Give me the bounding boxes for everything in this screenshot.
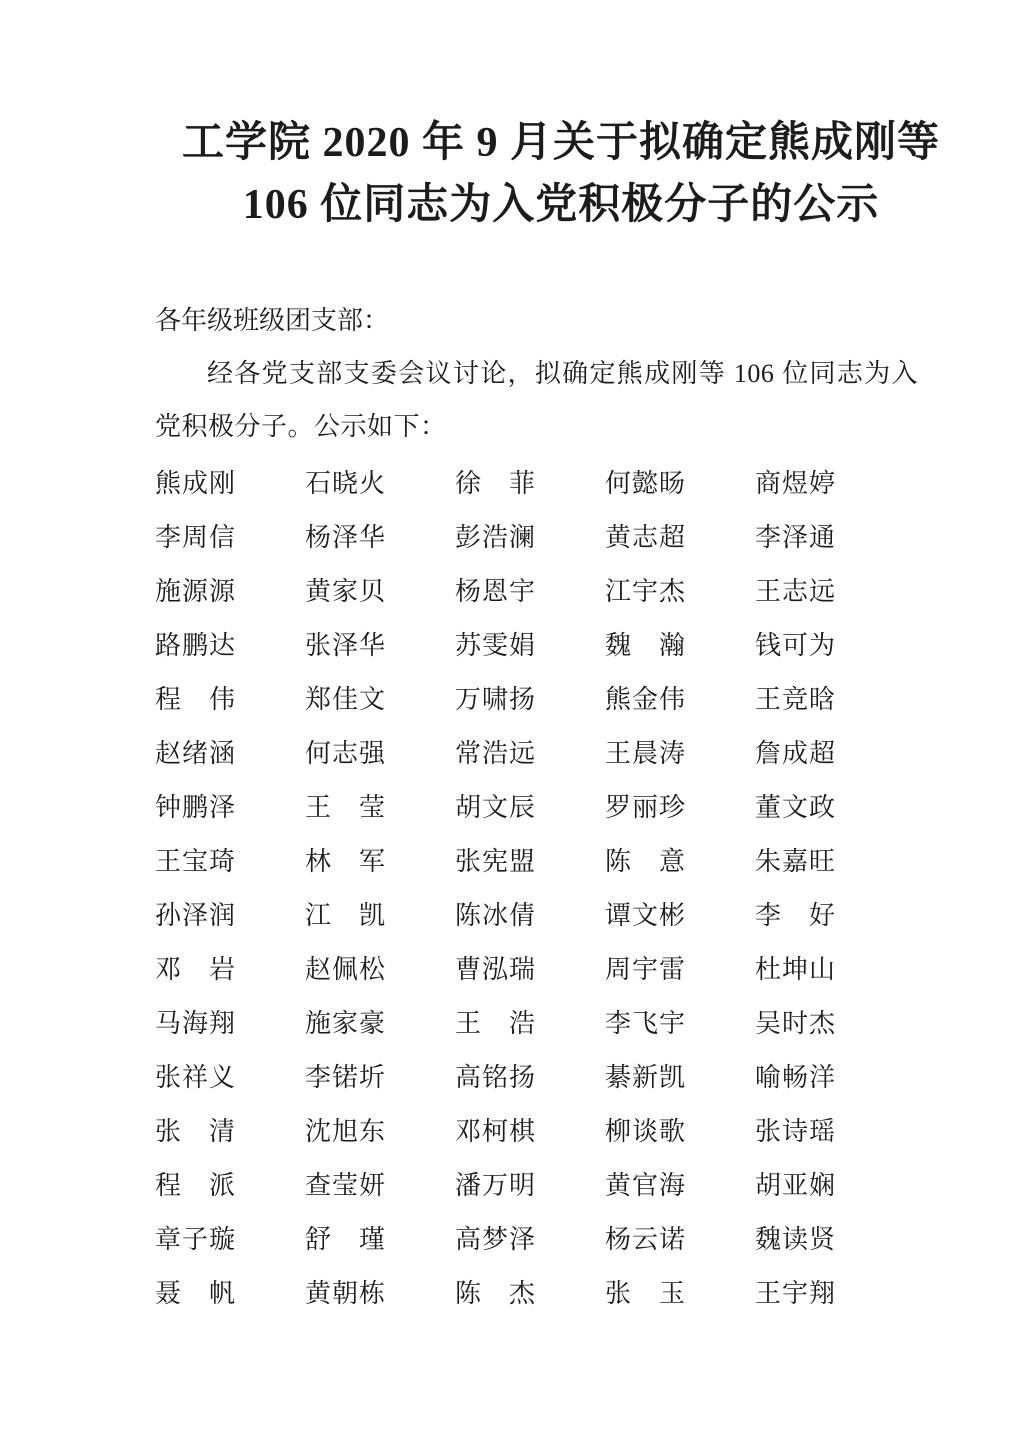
name-cell: 李飞宇	[605, 1003, 755, 1040]
name-cell: 詹成超	[755, 733, 905, 770]
name-cell: 王宝琦	[155, 841, 305, 878]
name-cell: 张 清	[155, 1111, 305, 1148]
name-cell: 柳谈歌	[605, 1111, 755, 1148]
salutation: 各年级班级团支部：	[155, 294, 918, 347]
name-cell: 江 凯	[305, 895, 455, 932]
name-cell: 路鹏达	[155, 625, 305, 662]
name-cell: 商煜婷	[755, 463, 905, 500]
name-cell: 施家豪	[305, 1003, 455, 1040]
name-cell: 董文政	[755, 787, 905, 824]
name-cell: 黄家贝	[305, 571, 455, 608]
name-cell: 魏 瀚	[605, 625, 755, 662]
names-grid: 熊成刚石晓火徐 菲何懿旸商煜婷李周信杨泽华彭浩澜黄志超李泽通施源源黄家贝杨恩宇江…	[155, 454, 918, 1318]
name-cell: 石晓火	[305, 463, 455, 500]
name-cell: 章子璇	[155, 1219, 305, 1256]
name-cell: 谭文彬	[605, 895, 755, 932]
name-cell: 潘万明	[455, 1165, 605, 1202]
name-cell: 赵佩松	[305, 949, 455, 986]
name-cell: 万啸扬	[455, 679, 605, 716]
name-cell: 邓柯棋	[455, 1111, 605, 1148]
name-cell: 张 玉	[605, 1273, 755, 1310]
name-cell: 黄官海	[605, 1165, 755, 1202]
name-cell: 王 浩	[455, 1003, 605, 1040]
name-cell: 查莹妍	[305, 1165, 455, 1202]
name-cell: 郑佳文	[305, 679, 455, 716]
name-cell: 江宇杰	[605, 571, 755, 608]
name-cell: 常浩远	[455, 733, 605, 770]
page-title-line-2: 106 位同志为入党积极分子的公示	[49, 174, 1024, 236]
name-cell: 沈旭东	[305, 1111, 455, 1148]
name-cell: 李周信	[155, 517, 305, 554]
name-cell: 杨泽华	[305, 517, 455, 554]
name-cell: 黄朝栋	[305, 1273, 455, 1310]
name-cell: 曹泓瑞	[455, 949, 605, 986]
name-cell: 施源源	[155, 571, 305, 608]
name-cell: 马海翔	[155, 1003, 305, 1040]
name-cell: 何懿旸	[605, 463, 755, 500]
name-cell: 胡文辰	[455, 787, 605, 824]
name-cell: 朱嘉旺	[755, 841, 905, 878]
name-cell: 綦新凯	[605, 1057, 755, 1094]
name-cell: 王志远	[755, 571, 905, 608]
name-cell: 钟鹏泽	[155, 787, 305, 824]
name-cell: 孙泽润	[155, 895, 305, 932]
name-cell: 熊金伟	[605, 679, 755, 716]
name-cell: 陈 杰	[455, 1273, 605, 1310]
body-paragraph: 经各党支部支委会议讨论，拟确定熊成刚等 106 位同志为入党积极分子。公示如下：	[155, 347, 918, 453]
document-page: 工学院 2020 年 9 月关于拟确定熊成刚等 106 位同志为入党积极分子的公…	[0, 0, 1024, 1448]
name-cell: 邓 岩	[155, 949, 305, 986]
name-cell: 杜坤山	[755, 949, 905, 986]
name-cell: 程 伟	[155, 679, 305, 716]
name-cell: 胡亚娴	[755, 1165, 905, 1202]
name-cell: 张祥义	[155, 1057, 305, 1094]
name-cell: 李锘圻	[305, 1057, 455, 1094]
name-cell: 张诗瑶	[755, 1111, 905, 1148]
page-title: 工学院 2020 年 9 月关于拟确定熊成刚等 106 位同志为入党积极分子的公…	[49, 112, 1024, 236]
name-cell: 王晨涛	[605, 733, 755, 770]
name-cell: 程 派	[155, 1165, 305, 1202]
page-title-line-1: 工学院 2020 年 9 月关于拟确定熊成刚等	[49, 112, 1024, 174]
name-cell: 魏读贤	[755, 1219, 905, 1256]
name-cell: 喻畅洋	[755, 1057, 905, 1094]
name-cell: 彭浩澜	[455, 517, 605, 554]
name-cell: 熊成刚	[155, 463, 305, 500]
name-cell: 赵绪涵	[155, 733, 305, 770]
name-cell: 聂 帆	[155, 1273, 305, 1310]
name-cell: 王宇翔	[755, 1273, 905, 1310]
name-cell: 李泽通	[755, 517, 905, 554]
name-cell: 王 莹	[305, 787, 455, 824]
name-cell: 黄志超	[605, 517, 755, 554]
name-cell: 何志强	[305, 733, 455, 770]
name-cell: 陈 意	[605, 841, 755, 878]
name-cell: 周宇雷	[605, 949, 755, 986]
name-cell: 杨恩宇	[455, 571, 605, 608]
name-cell: 罗丽珍	[605, 787, 755, 824]
name-cell: 陈冰倩	[455, 895, 605, 932]
name-cell: 王竞晗	[755, 679, 905, 716]
name-cell: 苏雯娟	[455, 625, 605, 662]
name-cell: 林 军	[305, 841, 455, 878]
name-cell: 徐 菲	[455, 463, 605, 500]
name-cell: 高梦泽	[455, 1219, 605, 1256]
name-cell: 吴时杰	[755, 1003, 905, 1040]
name-cell: 舒 瑾	[305, 1219, 455, 1256]
name-cell: 李 好	[755, 895, 905, 932]
name-cell: 钱可为	[755, 625, 905, 662]
name-cell: 张宪盟	[455, 841, 605, 878]
name-cell: 张泽华	[305, 625, 455, 662]
name-cell: 杨云诺	[605, 1219, 755, 1256]
name-cell: 高铭扬	[455, 1057, 605, 1094]
